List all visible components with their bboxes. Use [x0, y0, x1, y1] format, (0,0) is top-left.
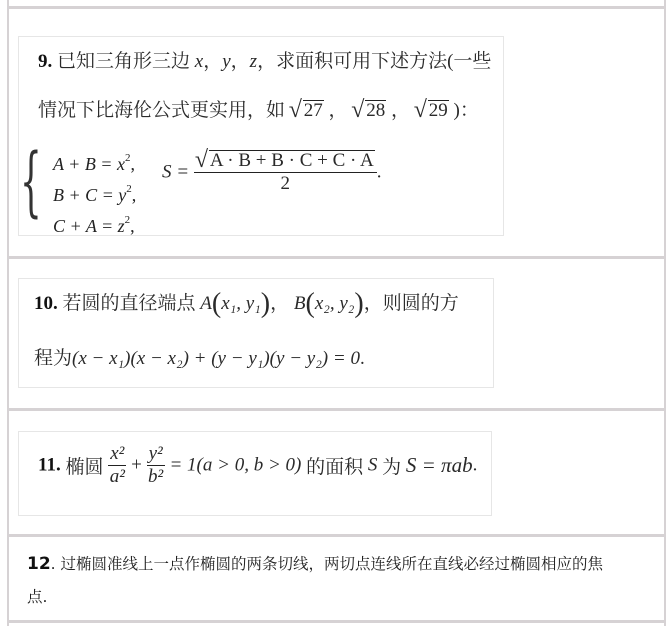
system-row: B + C = y2, — [53, 177, 136, 208]
system-row: C + A = z2, — [53, 208, 136, 239]
system-brace: { — [20, 143, 42, 219]
item-9-line-1: 9. 已知三角形三边 x，y，z，求面积可用下述方法(一些 — [38, 46, 491, 73]
row-divider — [7, 6, 666, 9]
equation-system: A + B = x2, B + C = y2, C + A = z2, — [53, 146, 136, 239]
sqrt-28: 28 — [352, 100, 386, 122]
fraction-y: y²b² — [147, 443, 165, 488]
row-divider — [7, 534, 666, 537]
system-row: A + B = x2, — [53, 146, 136, 177]
area-formula: S = A · B + B · C + C · A 2 . — [162, 150, 382, 195]
item-12-line-1: 12. 过椭圆准线上一点作椭圆的两条切线，两切点连线所在直线必经过椭圆相应的焦 — [27, 552, 603, 574]
item-number: 9. — [38, 51, 52, 72]
area-fraction: A · B + B · C + C · A 2 — [194, 150, 377, 195]
row-divider — [7, 408, 666, 411]
row-divider — [7, 620, 666, 623]
item-9-line-2: 情况下比海伦公式更实用，如 27 ， 28 ， 29 )： — [38, 95, 479, 122]
row-divider — [7, 256, 666, 259]
item-10-line-2: 程为(x − x₁)(x − x₂) + (y − y₁)(y − y₂) = … — [34, 343, 365, 370]
fraction-x: x²a² — [108, 443, 126, 488]
item-10-line-1: 10. 若圆的直径端点 A(x₁, y₁)， B(x₂, y₂)，则圆的方 — [34, 288, 459, 320]
item-11-line: 11. 椭圆 x²a² + y²b² = 1(a > 0, b > 0) 的面积… — [38, 443, 477, 488]
sqrt-27: 27 — [290, 100, 324, 122]
sqrt-29: 29 — [415, 100, 449, 122]
item-12-line-2: 点. — [27, 585, 47, 607]
